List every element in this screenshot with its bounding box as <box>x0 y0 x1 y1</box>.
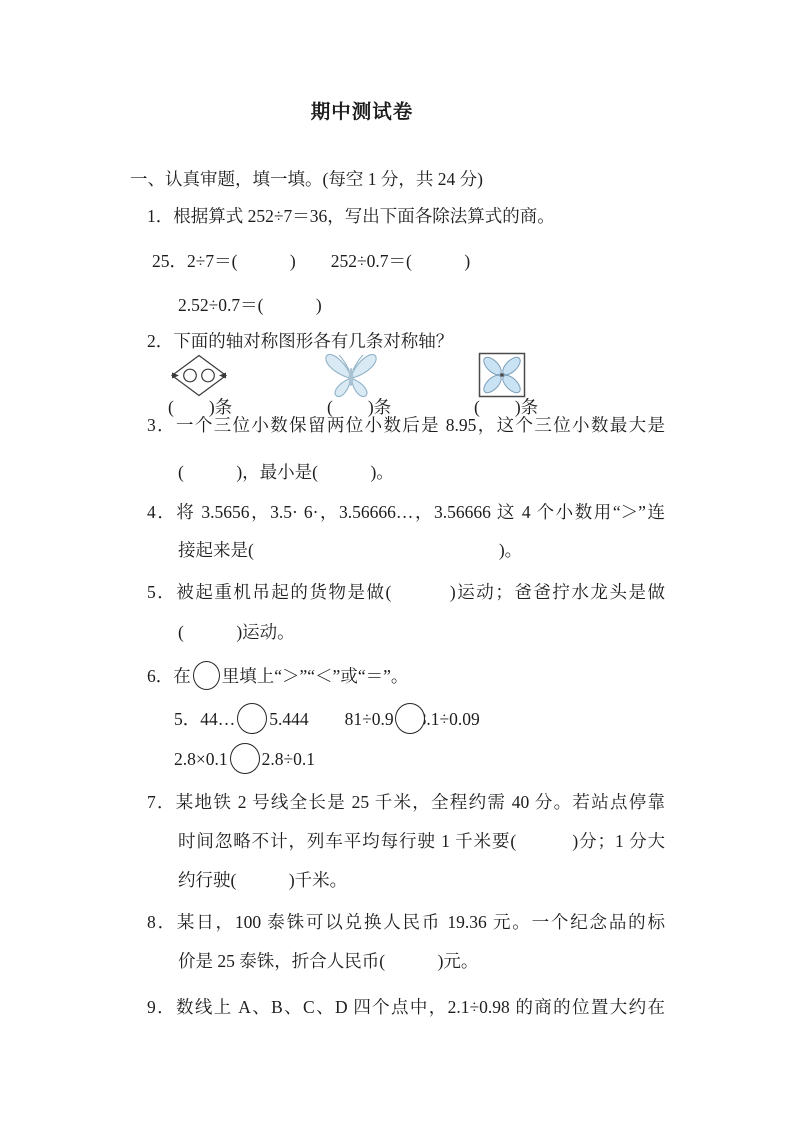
question-6-suffix: 里填上“＞”“＜”或“＝”。 <box>222 666 409 686</box>
q6-row2-left-value: 2.8×0.1 <box>174 749 228 769</box>
question-1-subline-2: 2.52÷0.7＝( ) <box>178 293 322 318</box>
question-5-line-1: 5．被起重机吊起的货物是做( )运动；爸爸拧水龙头是做 <box>147 580 665 605</box>
comparison-circle <box>193 661 220 690</box>
question-7-line-1: 7．某地铁 2 号线全长是 25 千米，全程约需 40 分。若站点停靠 <box>147 790 665 815</box>
question-3-line-2: ( )，最小是( )。 <box>178 460 394 485</box>
flower-shape-image <box>478 352 526 398</box>
q6-row1-right-value: 5.444 <box>269 709 308 729</box>
comparison-circle <box>237 703 267 734</box>
question-6-row-1: 5．44…5.44481÷0.98.1÷0.09 <box>174 703 480 734</box>
question-4-line-2: 接起来是( )。 <box>178 538 522 563</box>
question-7-line-3: 约行驶( )千米。 <box>178 868 347 893</box>
q6-row1-left-value: 5．44… <box>174 709 235 729</box>
page-title: 期中测试卷 <box>311 100 414 125</box>
comparison-circle <box>230 743 260 774</box>
question-7-line-2: 时间忽略不计，列车平均每行驶 1 千米要( )分；1 分大 <box>178 829 665 854</box>
diamond-shape-image <box>169 354 229 397</box>
test-paper-page: 期中测试卷 一、认真审题，填一填。(每空 1 分，共 24 分) 1．根据算式 … <box>0 0 793 1122</box>
question-2-text: 2．下面的轴对称图形各有几条对称轴？ <box>147 329 453 354</box>
section-heading: 一、认真审题，填一填。(每空 1 分，共 24 分) <box>130 167 483 192</box>
question-8-line-2: 价是 25 泰铢，折合人民币( )元。 <box>178 949 478 974</box>
question-9-line-1: 9．数线上 A、B、C、D 四个点中，2.1÷0.98 的商的位置大约在 <box>147 995 665 1020</box>
question-6-prefix: 6．在 <box>147 666 191 686</box>
question-8-line-1: 8．某日，100 泰铢可以兑换人民币 19.36 元。一个纪念品的标 <box>147 910 665 935</box>
question-1-text: 1．根据算式 252÷7＝36，写出下面各除法算式的商。 <box>147 204 555 229</box>
question-6-line: 6．在里填上“＞”“＜”或“＝”。 <box>147 661 408 690</box>
butterfly-image <box>323 350 379 399</box>
question-4-line-1: 4．将 3.5656，3.5· 6·，3.56666…，3.56666 这 4 … <box>147 500 665 525</box>
comparison-circle <box>395 703 425 734</box>
question-6-row-2: 2.8×0.12.8÷0.1 <box>174 743 315 774</box>
question-5-line-2: ( )运动。 <box>178 620 295 645</box>
q6-row1-right-value-2: 8.1÷0.09 <box>418 709 480 729</box>
question-3-line-1: 3．一个三位小数保留两位小数后是 8.95，这个三位小数最大是 <box>147 413 665 438</box>
q6-row1-left-value-2: 81÷0.9 <box>345 709 394 729</box>
q6-row2-right-value: 2.8÷0.1 <box>262 749 315 769</box>
question-1-subline-1: 25．2÷7＝( ) 252÷0.7＝( ) <box>152 249 470 274</box>
